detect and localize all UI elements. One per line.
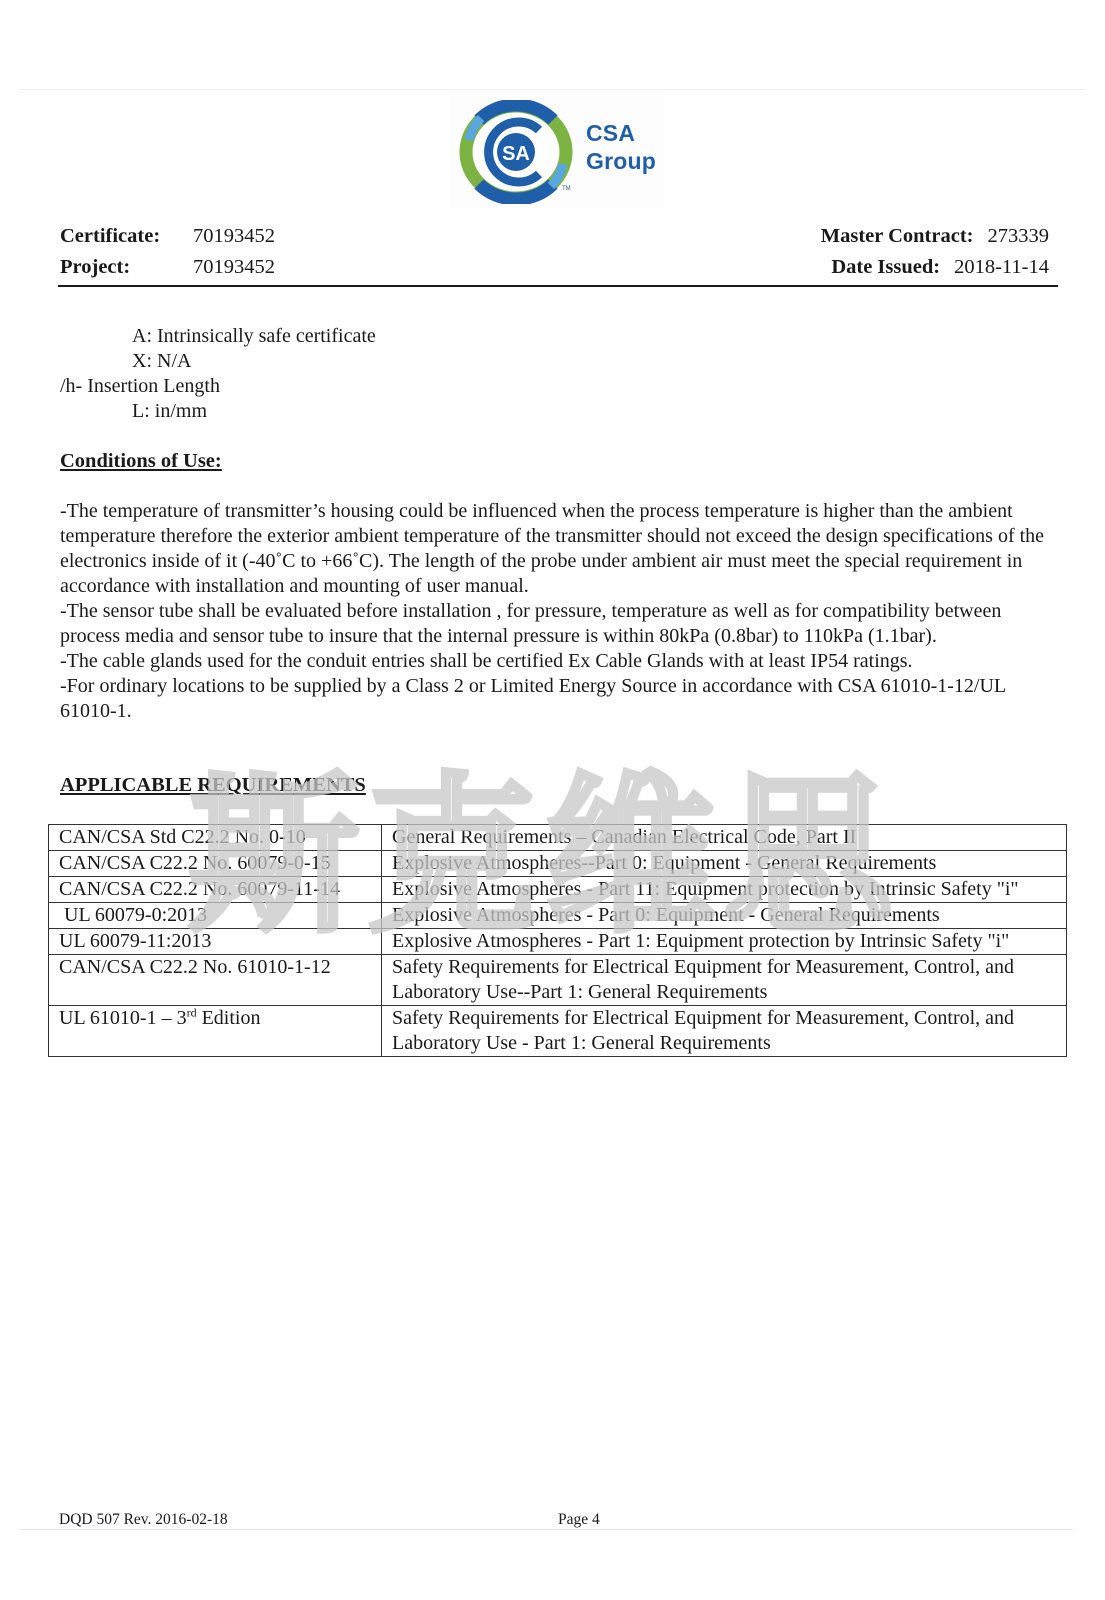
description-cell: Explosive Atmospheres - Part 1: Equipmen… xyxy=(382,929,1067,955)
master-contract-row: Master Contract:273339 xyxy=(821,221,1049,252)
certificate-info: Certificate:70193452 Project:70193452 xyxy=(60,221,275,283)
condition-item: -The temperature of transmitter’s housin… xyxy=(60,499,1045,599)
project-label: Project: xyxy=(60,252,193,283)
description-cell: General Requirements – Canadian Electric… xyxy=(382,825,1067,851)
table-row: UL 61010-1 – 3rd Edition Safety Requirem… xyxy=(49,1006,1067,1057)
standard-main: UL 61010-1 – 3 xyxy=(59,1007,187,1029)
date-issued-value: 2018-11-14 xyxy=(954,252,1049,283)
standard-cell: CAN/CSA C22.2 No. 60079-0-15 xyxy=(49,851,382,877)
footer-rule xyxy=(20,1529,1073,1530)
standard-cell: UL 61010-1 – 3rd Edition xyxy=(49,1006,382,1057)
table-row: CAN/CSA C22.2 No. 60079-11-14 Explosive … xyxy=(49,877,1067,903)
model-code-item: X: N/A xyxy=(60,349,1045,374)
condition-item: -The sensor tube shall be evaluated befo… xyxy=(60,599,1045,649)
master-contract-number: 273339 xyxy=(988,221,1050,252)
header-divider xyxy=(58,285,1058,287)
date-issued-label: Date Issued: xyxy=(831,252,940,283)
conditions-of-use-list: -The temperature of transmitter’s housin… xyxy=(60,499,1045,724)
certificate-number: 70193452 xyxy=(193,225,275,247)
standard-tail: Edition xyxy=(197,1007,261,1029)
logo-wordmark: CSA Group xyxy=(586,119,656,175)
project-number: 70193452 xyxy=(193,256,275,278)
certificate-label: Certificate: xyxy=(60,221,193,252)
model-code-item: /h- Insertion Length xyxy=(60,374,1045,399)
model-code-item: A: Intrinsically safe certificate xyxy=(60,324,1045,349)
standard-cell: CAN/CSA C22.2 No. 61010-1-12 xyxy=(49,955,382,1006)
applicable-requirements-heading: APPLICABLE REQUIREMENTS xyxy=(60,774,366,797)
description-cell: Safety Requirements for Electrical Equip… xyxy=(382,955,1067,1006)
table-row: CAN/CSA C22.2 No. 60079-0-15 Explosive A… xyxy=(49,851,1067,877)
description-cell: Explosive Atmospheres--Part 0: Equipment… xyxy=(382,851,1067,877)
table-row: UL 60079-0:2013 Explosive Atmospheres - … xyxy=(49,903,1067,929)
logo-line-csa: CSA xyxy=(586,119,656,147)
condition-item: -The cable glands used for the conduit e… xyxy=(60,649,1045,674)
description-cell: Safety Requirements for Electrical Equip… xyxy=(382,1006,1067,1057)
project-row: Project:70193452 xyxy=(60,252,275,283)
logo-line-group: Group xyxy=(586,147,656,175)
trademark-mark: TM xyxy=(562,186,571,192)
form-code: DQD 507 Rev. 2016-02-18 xyxy=(59,1511,228,1529)
table-row: CAN/CSA C22.2 No. 61010-1-12 Safety Requ… xyxy=(49,955,1067,1006)
page-number: Page 4 xyxy=(558,1511,600,1529)
master-contract-label: Master Contract: xyxy=(821,221,974,252)
standard-cell: CAN/CSA C22.2 No. 60079-11-14 xyxy=(49,877,382,903)
requirements-table: CAN/CSA Std C22.2 No. 0-10 General Requi… xyxy=(48,824,1067,1057)
model-code-item: L: in/mm xyxy=(60,399,1045,424)
condition-item: -For ordinary locations to be supplied b… xyxy=(60,674,1045,724)
svg-text:SA: SA xyxy=(502,143,530,165)
contract-info: Master Contract:273339 Date Issued:2018-… xyxy=(821,221,1049,283)
standard-cell: CAN/CSA Std C22.2 No. 0-10 xyxy=(49,825,382,851)
ordinal-suffix: rd xyxy=(187,1005,197,1019)
conditions-of-use-heading: Conditions of Use: xyxy=(60,450,222,473)
date-issued-row: Date Issued:2018-11-14 xyxy=(821,252,1049,283)
table-row: UL 60079-11:2013 Explosive Atmospheres -… xyxy=(49,929,1067,955)
standard-cell: UL 60079-0:2013 xyxy=(49,903,382,929)
page-top-rule xyxy=(20,89,1085,90)
description-cell: Explosive Atmospheres - Part 11: Equipme… xyxy=(382,877,1067,903)
table-row: CAN/CSA Std C22.2 No. 0-10 General Requi… xyxy=(49,825,1067,851)
csa-group-logo: SA CSA Group TM xyxy=(449,92,665,208)
model-code-list: A: Intrinsically safe certificate X: N/A… xyxy=(60,324,1045,424)
description-cell: Explosive Atmospheres - Part 0: Equipmen… xyxy=(382,903,1067,929)
csa-emblem-icon: SA xyxy=(459,100,579,204)
certificate-row: Certificate:70193452 xyxy=(60,221,275,252)
standard-cell: UL 60079-11:2013 xyxy=(49,929,382,955)
